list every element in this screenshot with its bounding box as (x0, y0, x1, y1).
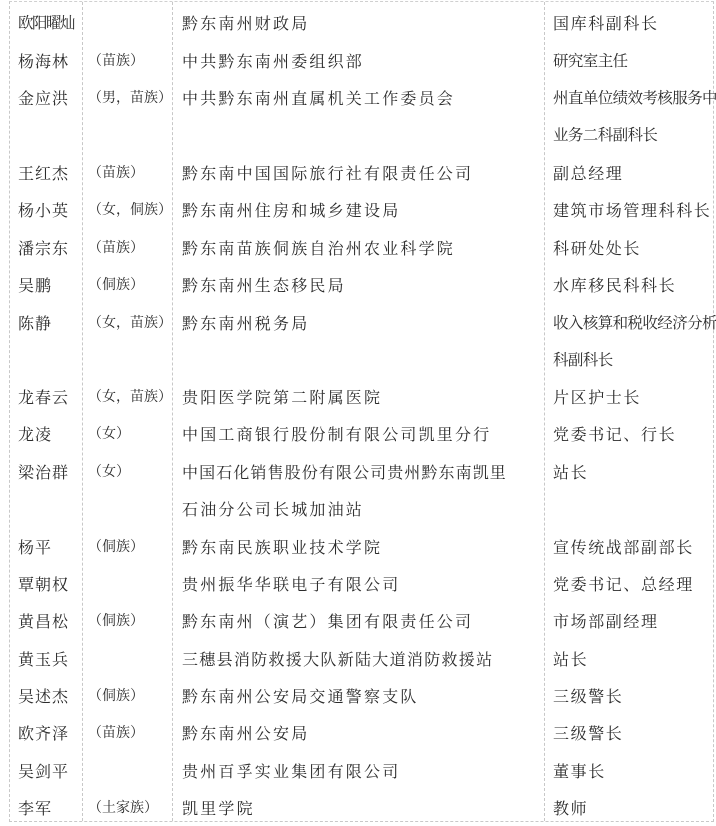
note-cell: （女，侗族） (88, 192, 172, 229)
name-cell: 梁治群 (18, 454, 69, 491)
position-cell: 水库移民科科长 (553, 267, 676, 304)
position-cell: 业务二科副科长 (553, 117, 657, 154)
note-cell: （女） (88, 416, 130, 453)
table-row: 黄昌松 （侗族） 黔东南州（演艺）集团有限责任公司 市场部副经理 (10, 603, 715, 640)
table-row: 王红杰 （苗族） 黔东南中国国际旅行社有限责任公司 副总经理 (10, 155, 715, 192)
organization-cell: 中共黔东南州委组织部 (182, 43, 364, 80)
name-cell: 欧齐泽 (18, 715, 69, 752)
name-cell: 吴鹏 (18, 267, 52, 304)
name-cell: 王红杰 (18, 155, 69, 192)
position-cell: 科副科长 (553, 342, 613, 379)
table-row: 龙凌 （女） 中国工商银行股份制有限公司凯里分行 党委书记、行长 (10, 416, 715, 453)
name-cell: 欧阳曜灿 (18, 5, 74, 42)
position-cell: 三级警长 (553, 715, 623, 752)
name-cell: 吴述杰 (18, 678, 69, 715)
table-row: 杨平 （侗族） 黔东南民族职业技术学院 宣传统战部副部长 (10, 529, 715, 566)
organization-cell: 凯里学院 (182, 790, 255, 826)
note-cell: （侗族） (88, 529, 144, 566)
name-cell: 龙春云 (18, 379, 69, 416)
note-cell: （苗族） (88, 715, 144, 752)
position-cell: 三级警长 (553, 678, 623, 715)
position-cell: 副总经理 (553, 155, 623, 192)
organization-cell: 中共黔东南州直属机关工作委员会 (182, 80, 455, 117)
organization-cell: 中国工商银行股份制有限公司凯里分行 (182, 416, 491, 453)
table-row: 吴鹏 （侗族） 黔东南州生态移民局 水库移民科科长 (10, 267, 715, 304)
organization-cell: 三穗县消防救援大队新陆大道消防救援站 (182, 641, 493, 678)
position-cell: 党委书记、行长 (553, 416, 676, 453)
table-row: 梁治群 （女） 中国石化销售股份有限公司贵州黔东南凯里 站长 (10, 454, 715, 491)
position-cell: 州直单位绩效考核服务中心 (553, 80, 716, 117)
table-row: 欧齐泽 （苗族） 黔东南州公安局 三级警长 (10, 715, 715, 752)
table-row: 杨小英 （女，侗族） 黔东南州住房和城乡建设局 建筑市场管理科科长 (10, 192, 715, 229)
position-cell: 市场部副经理 (553, 603, 659, 640)
name-cell: 潘宗东 (18, 230, 69, 267)
position-cell: 收入核算和税收经济分析 (553, 305, 716, 342)
name-cell: 杨平 (18, 529, 52, 566)
table-row: 欧阳曜灿 黔东南州财政局 国库科副科长 (10, 5, 715, 42)
note-cell: （女） (88, 454, 130, 491)
table-row: 覃朝权 贵州振华华联电子有限公司 党委书记、总经理 (10, 566, 715, 603)
name-cell: 杨海林 (18, 43, 69, 80)
personnel-table: 欧阳曜灿 黔东南州财政局 国库科副科长 杨海林 （苗族） 中共黔东南州委组织部 … (9, 1, 714, 822)
organization-cell: 石油分公司长城加油站 (182, 491, 364, 528)
position-cell: 董事长 (553, 753, 606, 790)
organization-cell: 黔东南民族职业技术学院 (182, 529, 382, 566)
organization-cell: 黔东南州生态移民局 (182, 267, 346, 304)
note-cell: （侗族） (88, 267, 144, 304)
position-cell: 片区护士长 (553, 379, 641, 416)
organization-cell: 贵州百孚实业集团有限公司 (182, 753, 400, 790)
note-cell: （侗族） (88, 678, 144, 715)
name-cell: 黄玉兵 (18, 641, 69, 678)
table-row: 黄玉兵 三穗县消防救援大队新陆大道消防救援站 站长 (10, 641, 715, 678)
name-cell: 金应洪 (18, 80, 69, 117)
organization-cell: 黔东南州公安局 (182, 715, 309, 752)
note-cell: （女，苗族） (88, 305, 172, 342)
organization-cell: 中国石化销售股份有限公司贵州黔东南凯里 (182, 454, 507, 491)
note-cell: （苗族） (88, 43, 144, 80)
organization-cell: 黔东南苗族侗族自治州农业科学院 (182, 230, 455, 267)
table-row: 金应洪 （男，苗族） 中共黔东南州直属机关工作委员会 州直单位绩效考核服务中心 (10, 80, 715, 117)
organization-cell: 黔东南州（演艺）集团有限责任公司 (182, 603, 473, 640)
name-cell: 覃朝权 (18, 566, 69, 603)
name-cell: 黄昌松 (18, 603, 69, 640)
organization-cell: 贵阳医学院第二附属医院 (182, 379, 382, 416)
name-cell: 龙凌 (18, 416, 52, 453)
name-cell: 李军 (18, 790, 52, 826)
table-row: 石油分公司长城加油站 (10, 491, 715, 528)
table-row: 潘宗东 （苗族） 黔东南苗族侗族自治州农业科学院 科研处处长 (10, 230, 715, 267)
note-cell: （女，苗族） (88, 379, 172, 416)
organization-cell: 黔东南州财政局 (182, 5, 309, 42)
note-cell: （男，苗族） (88, 80, 172, 117)
table-row: 李军 （土家族） 凯里学院 教师 (10, 790, 715, 826)
position-cell: 站长 (553, 454, 588, 491)
note-cell: （侗族） (88, 603, 144, 640)
organization-cell: 黔东南州税务局 (182, 305, 309, 342)
position-cell: 宣传统战部副部长 (553, 529, 694, 566)
position-cell: 科研处处长 (553, 230, 641, 267)
name-cell: 吴剑平 (18, 753, 69, 790)
name-cell: 陈静 (18, 305, 52, 342)
note-cell: （苗族） (88, 155, 144, 192)
table-row: 陈静 （女，苗族） 黔东南州税务局 收入核算和税收经济分析 (10, 305, 715, 342)
position-cell: 站长 (553, 641, 588, 678)
organization-cell: 黔东南中国国际旅行社有限责任公司 (182, 155, 473, 192)
position-cell: 教师 (553, 790, 588, 826)
table-row: 龙春云 （女，苗族） 贵阳医学院第二附属医院 片区护士长 (10, 379, 715, 416)
position-cell: 国库科副科长 (553, 5, 659, 42)
organization-cell: 黔东南州住房和城乡建设局 (182, 192, 400, 229)
table-row: 吴述杰 （侗族） 黔东南州公安局交通警察支队 三级警长 (10, 678, 715, 715)
organization-cell: 黔东南州公安局交通警察支队 (182, 678, 419, 715)
organization-cell: 贵州振华华联电子有限公司 (182, 566, 400, 603)
position-cell: 建筑市场管理科科长 (553, 192, 711, 229)
note-cell: （土家族） (88, 790, 158, 826)
table-row: 科副科长 (10, 342, 715, 379)
note-cell: （苗族） (88, 230, 144, 267)
name-cell: 杨小英 (18, 192, 69, 229)
position-cell: 党委书记、总经理 (553, 566, 694, 603)
table-row: 吴剑平 贵州百孚实业集团有限公司 董事长 (10, 753, 715, 790)
position-cell: 研究室主任 (553, 43, 628, 80)
table-row: 业务二科副科长 (10, 117, 715, 154)
table-row: 杨海林 （苗族） 中共黔东南州委组织部 研究室主任 (10, 43, 715, 80)
